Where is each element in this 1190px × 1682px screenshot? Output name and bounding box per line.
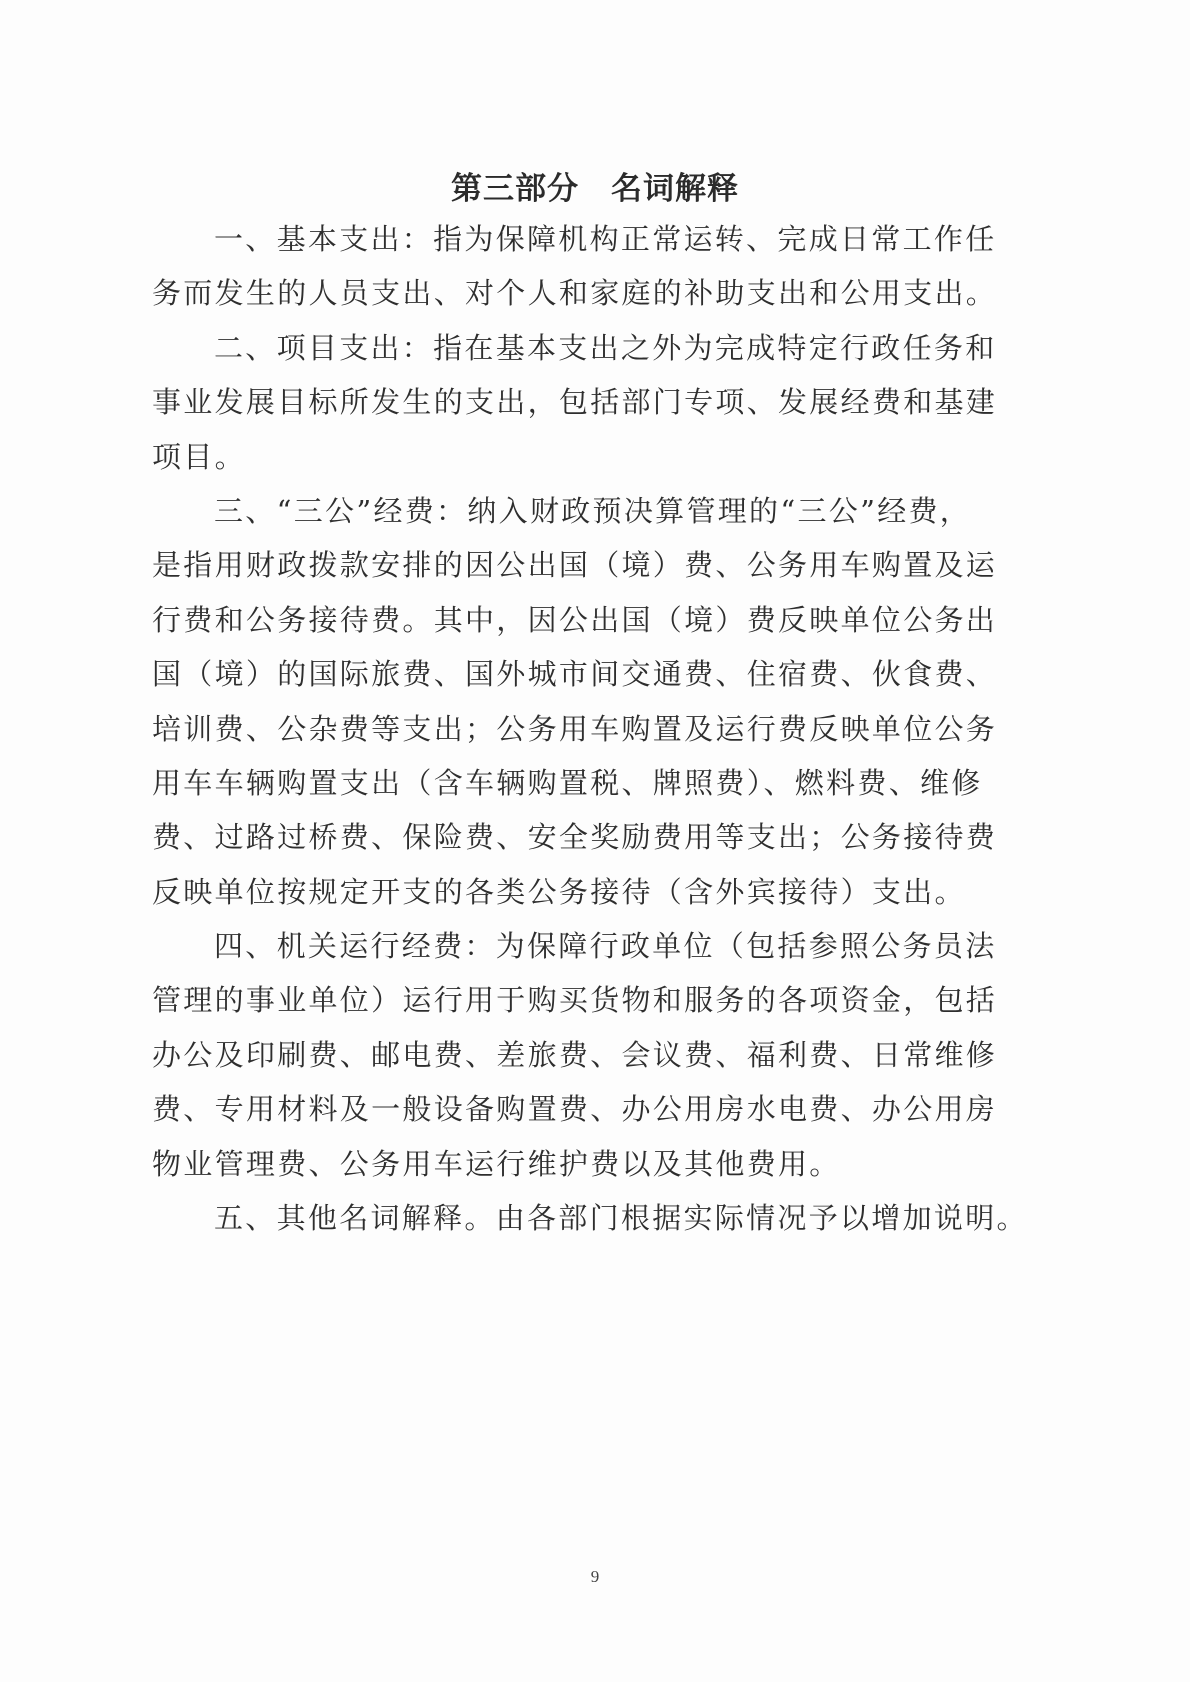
paragraph-line: 费、专用材料及一般设备购置费、办公用房水电费、办公用房 — [152, 1082, 1012, 1136]
paragraph-line: 项目。 — [152, 430, 1012, 484]
document-page: 第三部分 名词解释 一、基本支出：指为保障机构正常运转、完成日常工作任 务而发生… — [0, 0, 1190, 1682]
paragraph-line: 管理的事业单位）运行用于购买货物和服务的各项资金，包括 — [152, 973, 1012, 1027]
paragraph-line: 办公及印刷费、邮电费、差旅费、会议费、福利费、日常维修 — [152, 1028, 1012, 1082]
paragraph-line: 反映单位按规定开支的各类公务接待（含外宾接待）支出。 — [152, 865, 1012, 919]
paragraph-line: 事业发展目标所发生的支出，包括部门专项、发展经费和基建 — [152, 375, 1012, 429]
section-agency-operating-expenses: 四、机关运行经费：为保障行政单位（包括参照公务员法 管理的事业单位）运行用于购买… — [152, 919, 1012, 1191]
paragraph-line: 行费和公务接待费。其中，因公出国（境）费反映单位公务出 — [152, 593, 1012, 647]
section-basic-expenditure: 一、基本支出：指为保障机构正常运转、完成日常工作任 务而发生的人员支出、对个人和… — [152, 212, 1012, 321]
paragraph-line: 费、过路过桥费、保险费、安全奖励费用等支出；公务接待费 — [152, 810, 1012, 864]
paragraph-line: 四、机关运行经费：为保障行政单位（包括参照公务员法 — [152, 919, 1012, 973]
paragraph-line: 务而发生的人员支出、对个人和家庭的补助支出和公用支出。 — [152, 266, 1012, 320]
paragraph-line: 物业管理费、公务用车运行维护费以及其他费用。 — [152, 1137, 1012, 1191]
paragraph-line: 三、“三公”经费：纳入财政预决算管理的“三公”经费， — [152, 484, 1012, 538]
paragraph-line: 用车车辆购置支出（含车辆购置税、牌照费）、燃料费、维修 — [152, 756, 1012, 810]
paragraph-line: 国（境）的国际旅费、国外城市间交通费、住宿费、伙食费、 — [152, 647, 1012, 701]
paragraph-line: 一、基本支出：指为保障机构正常运转、完成日常工作任 — [152, 212, 1012, 266]
page-title: 第三部分 名词解释 — [0, 163, 1190, 208]
paragraph-line: 培训费、公杂费等支出；公务用车购置及运行费反映单位公务 — [152, 702, 1012, 756]
paragraph-line: 五、其他名词解释。由各部门根据实际情况予以增加说明。 — [152, 1191, 1012, 1245]
page-number: 9 — [0, 1567, 1190, 1587]
document-body: 一、基本支出：指为保障机构正常运转、完成日常工作任 务而发生的人员支出、对个人和… — [152, 212, 1012, 1245]
section-project-expenditure: 二、项目支出：指在基本支出之外为完成特定行政任务和 事业发展目标所发生的支出，包… — [152, 321, 1012, 484]
paragraph-line: 是指用财政拨款安排的因公出国（境）费、公务用车购置及运 — [152, 538, 1012, 592]
paragraph-line: 二、项目支出：指在基本支出之外为完成特定行政任务和 — [152, 321, 1012, 375]
section-three-public-expenses: 三、“三公”经费：纳入财政预决算管理的“三公”经费， 是指用财政拨款安排的因公出… — [152, 484, 1012, 919]
section-other-terms: 五、其他名词解释。由各部门根据实际情况予以增加说明。 — [152, 1191, 1012, 1245]
